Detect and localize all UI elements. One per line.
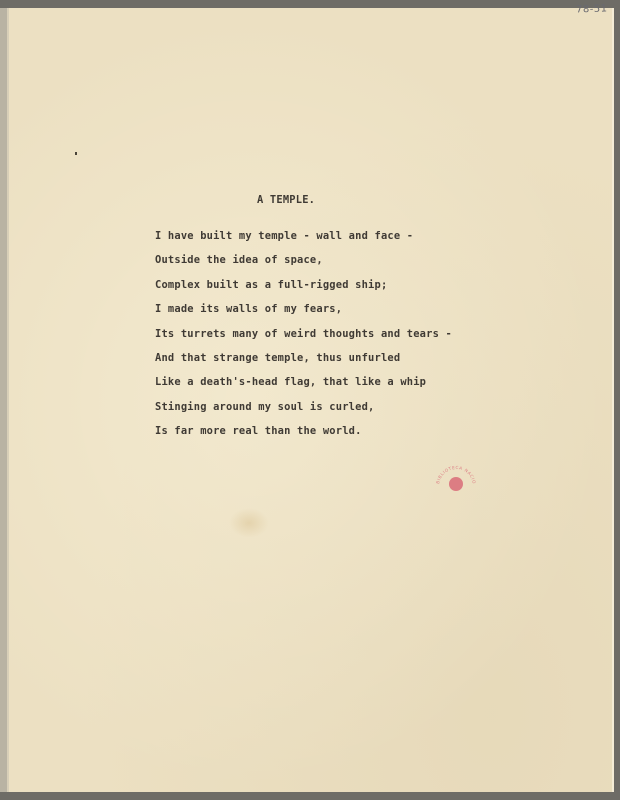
folio-number: 78-51 — [576, 3, 608, 15]
paper-left-edge — [0, 8, 7, 792]
poem-line: Its turrets many of weird thoughts and t… — [155, 327, 452, 351]
poem-line: Stinging around my soul is curled, — [155, 400, 452, 424]
paper-stain — [229, 508, 269, 538]
library-stamp: BIBLIOTECA NACIONAL — [433, 462, 479, 502]
poem-line: And that strange temple, thus unfurled — [155, 351, 452, 375]
ink-mark — [75, 152, 77, 155]
poem-line: Complex built as a full-rigged ship; — [155, 278, 452, 302]
poem-line: Outside the idea of space, — [155, 253, 452, 277]
poem-title: A TEMPLE. — [257, 194, 315, 206]
stamp-seal-icon — [449, 477, 463, 491]
poem-body: I have built my temple - wall and face -… — [155, 229, 452, 449]
poem-line: I made its walls of my fears, — [155, 302, 452, 326]
poem-line: Is far more real than the world. — [155, 424, 452, 448]
poem-line: Like a death's-head flag, that like a wh… — [155, 375, 452, 399]
poem-line: I have built my temple - wall and face - — [155, 229, 452, 253]
